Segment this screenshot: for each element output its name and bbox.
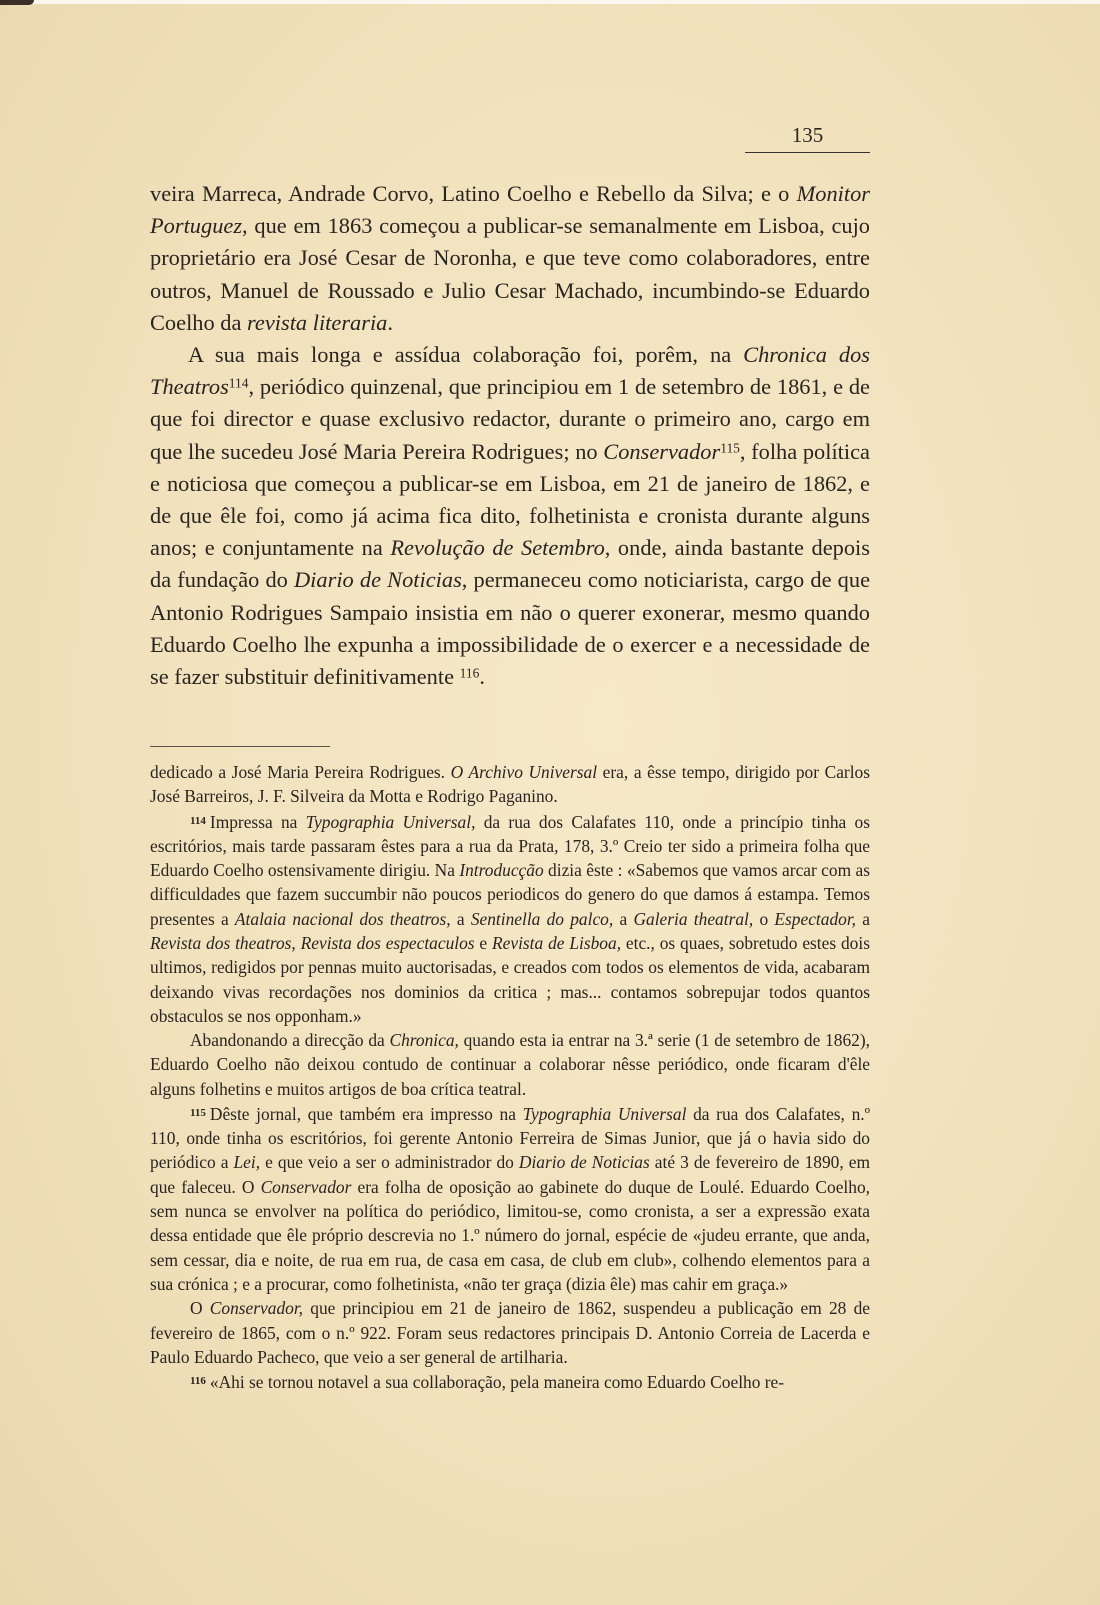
text: dedicado a José Maria Pereira Rodrigues. bbox=[150, 762, 451, 782]
footnote-marker: 115 bbox=[190, 1107, 206, 1119]
scan-corner-shadow bbox=[0, 0, 34, 5]
text: veira Marreca, Andrade Corvo, Latino Coe… bbox=[150, 181, 797, 206]
text: Abandonando a direcção da bbox=[190, 1030, 389, 1050]
italic: Conservador, bbox=[210, 1298, 303, 1318]
paragraph-1: veira Marreca, Andrade Corvo, Latino Coe… bbox=[150, 178, 870, 339]
text: . bbox=[387, 310, 393, 335]
italic: Sentinella do palco, bbox=[471, 909, 613, 929]
text: O bbox=[190, 1298, 210, 1318]
title-revista-literaria: revista literaria bbox=[247, 310, 387, 335]
footnotes: dedicado a José Maria Pereira Rodrigues.… bbox=[150, 760, 870, 1394]
italic: Diario de Noticias bbox=[519, 1152, 650, 1172]
italic: Atalaia nacional dos theatros, bbox=[235, 909, 451, 929]
italic: Galeria theatral, bbox=[633, 909, 753, 929]
text: e bbox=[475, 933, 492, 953]
italic: Typographia Universal bbox=[523, 1104, 687, 1124]
italic: Typographia Universal, bbox=[306, 811, 476, 831]
text: A sua mais longa e assídua colaboração f… bbox=[188, 342, 743, 367]
footnote-marker: 116 bbox=[190, 1375, 206, 1387]
italic: Lei, bbox=[233, 1152, 260, 1172]
paragraph-2: A sua mais longa e assídua colaboração f… bbox=[150, 339, 870, 693]
text: . bbox=[479, 664, 485, 689]
text: Impressa na bbox=[210, 811, 306, 831]
footnote-114: 114Impressa na Typographia Universal, da… bbox=[150, 809, 870, 1029]
italic: Revista dos theatros, Revista dos espect… bbox=[150, 933, 475, 953]
italic: Chronica, bbox=[389, 1030, 458, 1050]
text: a bbox=[451, 909, 471, 929]
page-number: 135 bbox=[745, 120, 870, 153]
italic: Introducção bbox=[459, 860, 543, 880]
title-archivo-universal: O Archivo Universal bbox=[451, 762, 597, 782]
text: o bbox=[753, 909, 774, 929]
footnote-115: 115Dêste jornal, que também era impresso… bbox=[150, 1101, 870, 1296]
title-diario-de-noticias: Diario de Noticias bbox=[294, 567, 462, 592]
text: Dêste jornal, que também era impresso na bbox=[210, 1104, 523, 1124]
text: «Ahi se tornou notavel a sua collaboraçã… bbox=[210, 1372, 784, 1392]
italic: Espectador, bbox=[774, 909, 856, 929]
main-text: veira Marreca, Andrade Corvo, Latino Coe… bbox=[150, 178, 870, 693]
footnote-114-continued: Abandonando a direcção da Chronica, quan… bbox=[150, 1028, 870, 1101]
footnote-marker: 114 bbox=[190, 815, 206, 827]
footnote-ref-115[interactable]: 115 bbox=[720, 440, 740, 455]
text: a bbox=[613, 909, 633, 929]
footnote-continuation: dedicado a José Maria Pereira Rodrigues.… bbox=[150, 760, 870, 809]
text: e que veio a ser o administrador do bbox=[260, 1152, 519, 1172]
scan-top-edge bbox=[0, 0, 1100, 4]
footnote-ref-116[interactable]: 116 bbox=[460, 665, 480, 680]
footnote-116: 116«Ahi se tornou notavel a sua collabor… bbox=[150, 1369, 870, 1394]
footnote-ref-114[interactable]: 114 bbox=[229, 376, 249, 391]
footnote-115-continued: O Conservador, que principiou em 21 de j… bbox=[150, 1296, 870, 1369]
footnote-divider bbox=[150, 746, 330, 747]
title-conservador: Conservador bbox=[603, 439, 720, 464]
title-revolucao-de-setembro: Revolução de Setembro bbox=[390, 535, 604, 560]
italic: Revista de Lisboa, bbox=[492, 933, 621, 953]
text: a bbox=[856, 909, 870, 929]
italic: Conservador bbox=[261, 1177, 352, 1197]
